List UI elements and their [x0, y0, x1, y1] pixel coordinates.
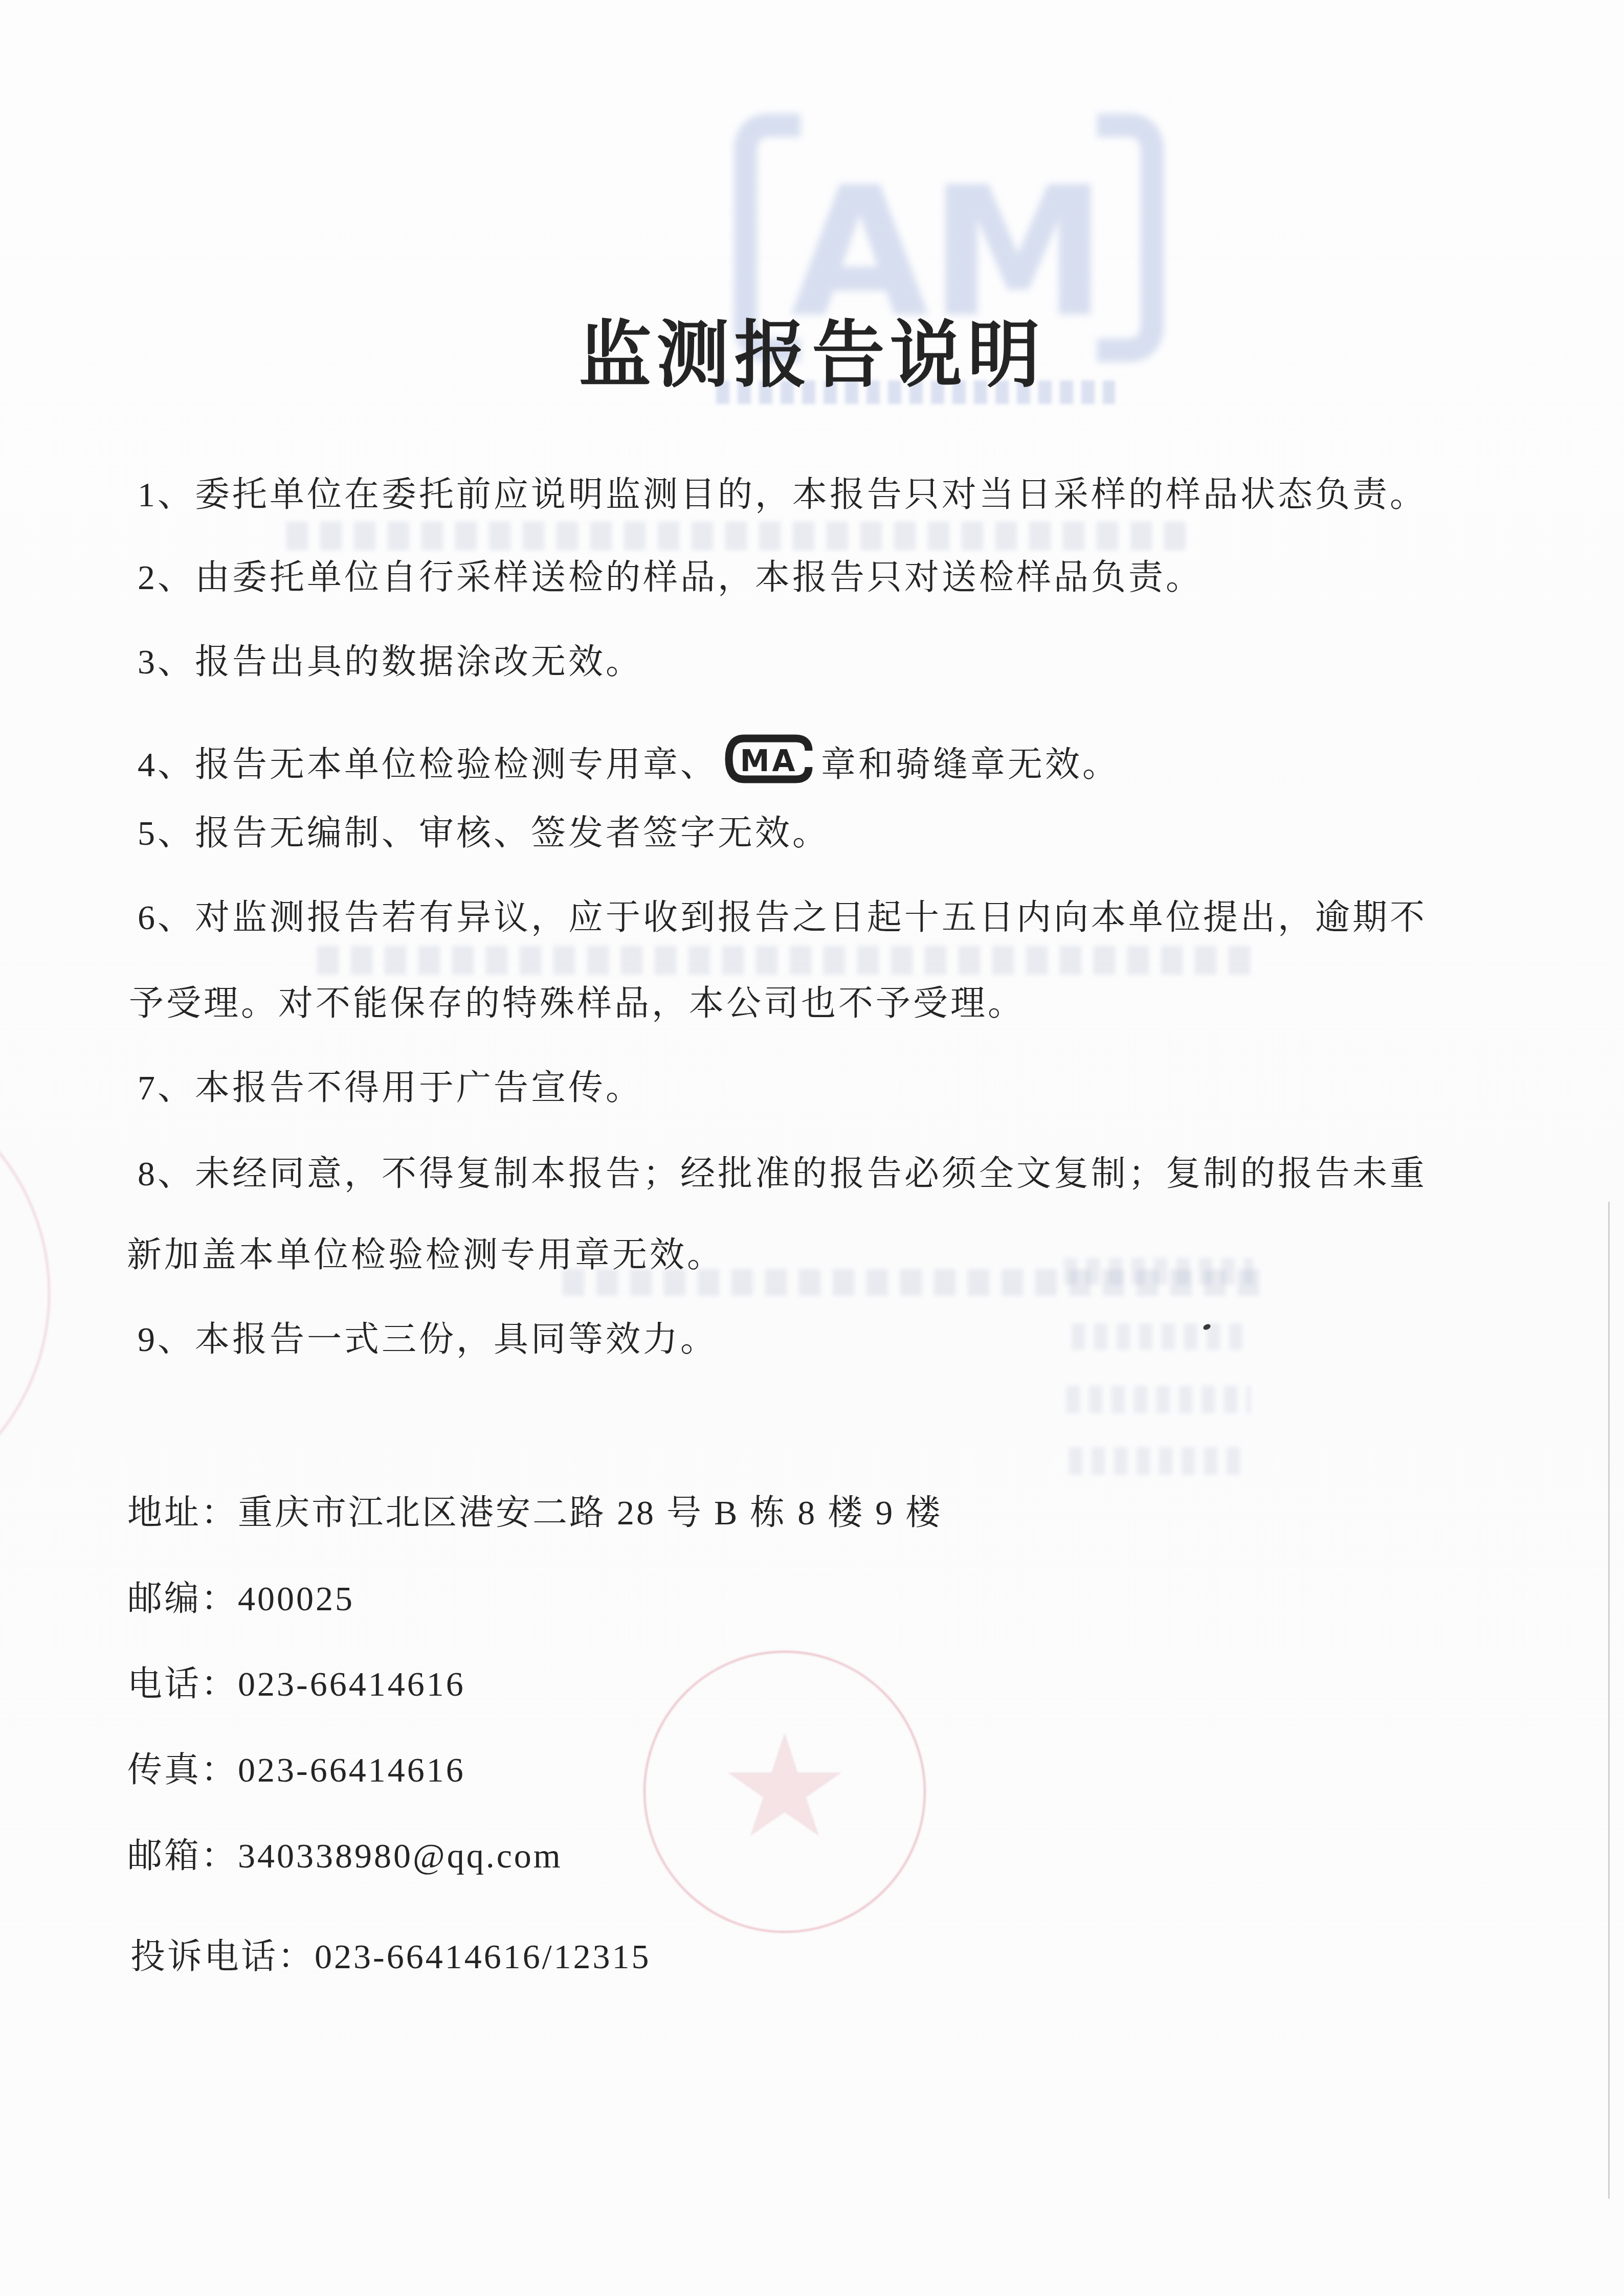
- contact-address-value: 重庆市江北区港安二路 28 号 B 栋 8 楼 9 楼: [238, 1493, 942, 1532]
- note-item-3: 3、报告出具的数据涂改无效。: [138, 644, 643, 679]
- ghost-text-band: [1066, 1386, 1251, 1413]
- contact-address: 地址：重庆市江北区港安二路 28 号 B 栋 8 楼 9 楼: [127, 1495, 942, 1530]
- note-item-2: 2、由委托单位自行采样送检的样品，本报告只对送检样品负责。: [138, 560, 1203, 595]
- ghost-text-band: [1064, 1258, 1253, 1285]
- contact-email-value: 340338980@qq.com: [238, 1836, 563, 1875]
- contact-phone-value: 023-66414616: [238, 1664, 465, 1703]
- note-item-1: 1、委托单位在委托前应说明监测目的，本报告只对当日采样的样品状态负责。: [138, 477, 1427, 512]
- ghost-text-band: [1072, 1323, 1245, 1350]
- contact-postcode: 邮编：400025: [127, 1581, 354, 1616]
- contact-complaint-phone: 投诉电话：023-66414616/12315: [130, 1939, 651, 1974]
- stamp-star-icon: [725, 1733, 844, 1847]
- page-title: 监测报告说明: [0, 297, 1624, 401]
- contact-phone-label: 电话：: [127, 1664, 238, 1703]
- ink-speck: [1203, 1323, 1212, 1331]
- note-item-5: 5、报告无编制、审核、签发者签字无效。: [138, 816, 830, 850]
- contact-phone: 电话：023-66414616: [127, 1667, 465, 1701]
- note-item-9: 9、本报告一式三份，具同等效力。: [138, 1322, 718, 1357]
- red-seal-stamp: [643, 1651, 926, 1933]
- note-item-4-before: 4、报告无本单位检验检测专用章、: [138, 745, 718, 784]
- contact-postcode-value: 400025: [238, 1579, 354, 1618]
- contact-address-label: 地址：: [127, 1493, 238, 1532]
- note-item-6-line-2: 予受理。对不能保存的特殊样品，本公司也不予受理。: [129, 986, 1025, 1021]
- note-item-6-line-1: 6、对监测报告若有异议，应于收到报告之日起十五日内向本单位提出，逾期不: [138, 900, 1427, 935]
- cma-mark-icon: MA: [721, 730, 818, 787]
- ghost-text-band: [317, 946, 1258, 975]
- note-item-7: 7、本报告不得用于广告宣传。: [138, 1070, 643, 1105]
- note-item-4: 4、报告无本单位检验检测专用章、 MA 章和骑缝章无效。: [138, 730, 1120, 787]
- contact-fax-value: 023-66414616: [238, 1750, 465, 1789]
- note-item-8-line-2: 新加盖本单位检验检测专用章无效。: [127, 1237, 724, 1272]
- scan-edge-line: [1608, 1202, 1610, 2199]
- contact-fax-label: 传真：: [127, 1750, 238, 1789]
- note-item-4-after: 章和骑缝章无效。: [821, 745, 1120, 784]
- cma-mark-letters: MA: [740, 744, 798, 778]
- contact-complaint-label: 投诉电话：: [130, 1937, 315, 1976]
- ghost-text-band: [286, 522, 1197, 550]
- contact-email: 邮箱：340338980@qq.com: [127, 1838, 563, 1873]
- red-seal-stamp-edge: [0, 1069, 50, 1518]
- ghost-text-band: [1069, 1447, 1245, 1475]
- contact-postcode-label: 邮编：: [127, 1579, 238, 1618]
- contact-fax: 传真：023-66414616: [127, 1752, 465, 1787]
- contact-complaint-value: 023-66414616/12315: [315, 1937, 651, 1976]
- note-item-8-line-1: 8、未经同意，不得复制本报告；经批准的报告必须全文复制；复制的报告未重: [138, 1156, 1427, 1191]
- scanned-report-page: AM 监测报告说明 1、委托单位在委托前应说明监测目的，本报告只对当日采样的样品…: [0, 0, 1624, 2296]
- contact-email-label: 邮箱：: [127, 1836, 238, 1875]
